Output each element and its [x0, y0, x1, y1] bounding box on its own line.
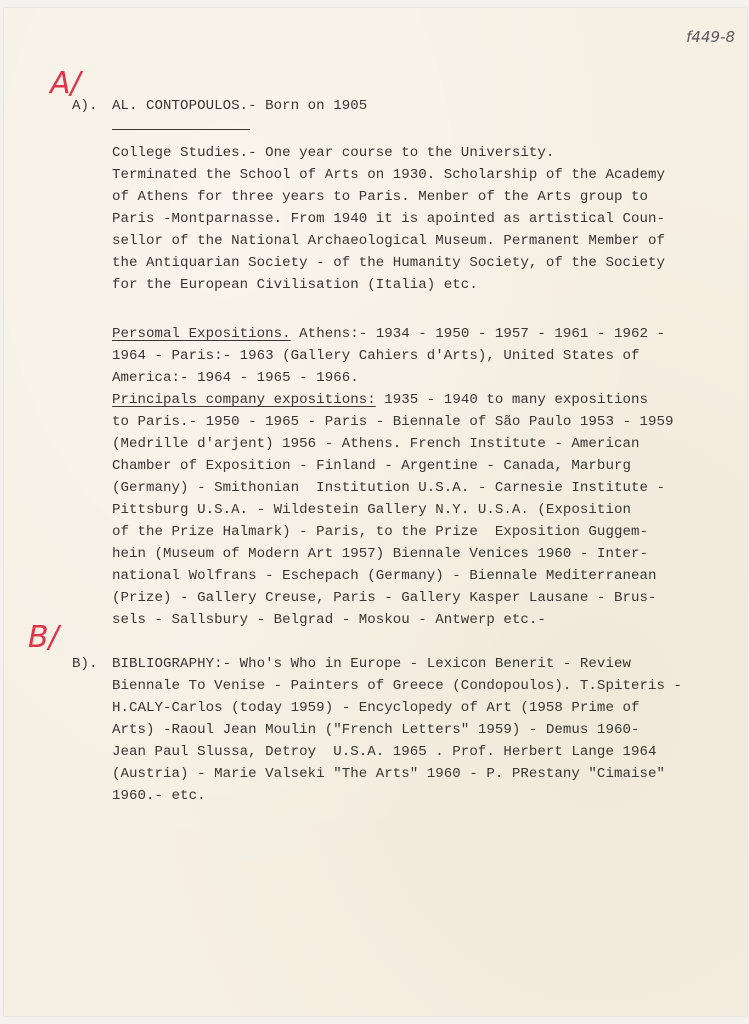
studies-paragraph: College Studies.- One year course to the… — [112, 145, 146, 289]
text-line: Principals company expositions: 1935 - 1… — [112, 392, 648, 408]
section-b-label: B). — [72, 656, 98, 672]
bibliography: BIBLIOGRAPHY:- Who's Who in Europe - Lex… — [112, 656, 146, 800]
text-line: of the Prize Halmark) - Paris, to the Pr… — [112, 524, 648, 540]
text-line: for the European Civilisation (Italia) e… — [112, 277, 478, 293]
document-page: f449-8 A/ B/ A). AL. CONTOPOULOS.- Born … — [4, 8, 747, 1016]
section-a-label: A). — [72, 98, 98, 114]
text-line: (Austria) - Marie Valseki "The Arts" 196… — [112, 766, 665, 782]
text-line: Terminated the School of Arts on 1930. S… — [112, 167, 665, 183]
text-line: College Studies.- One year course to the… — [112, 145, 554, 161]
text-line: America:- 1964 - 1965 - 1966. — [112, 370, 359, 386]
text-line: 1964 - Paris:- 1963 (Gallery Cahiers d'A… — [112, 348, 639, 364]
text-line: hein (Museum of Modern Art 1957) Biennal… — [112, 546, 648, 562]
text-line: Jean Paul Slussa, Detroy U.S.A. 1965 . P… — [112, 744, 657, 760]
archive-mark: f449-8 — [686, 28, 735, 46]
text-line: the Antiquarian Society - of the Humanit… — [112, 255, 665, 271]
text-fragment: 1935 - 1940 to many expositions — [376, 392, 648, 408]
text-line: Chamber of Exposition - Finland - Argent… — [112, 458, 631, 474]
text-line: Paris -Montparnasse. From 1940 it is apo… — [112, 211, 665, 227]
margin-mark-b: B/ — [28, 620, 59, 655]
company-expositions: Principals company expositions: 1935 - 1… — [112, 392, 146, 600]
text-line: Biennale To Venise - Painters of Greece … — [112, 678, 682, 694]
text-line: (Medrille d'arjent) 1956 - Athens. Frenc… — [112, 436, 639, 452]
text-line: Arts) -Raoul Jean Moulin ("French Letter… — [112, 722, 639, 738]
text-line: of Athens for three years to Paris. Menb… — [112, 189, 648, 205]
section-a-heading: AL. CONTOPOULOS.- Born on 1905 — [112, 98, 367, 114]
heading-underline — [112, 129, 250, 130]
text-line: (Prize) - Gallery Creuse, Paris - Galler… — [112, 590, 657, 606]
text-line: to Paris.- 1950 - 1965 - Paris - Biennal… — [112, 414, 674, 430]
text-line: Persomal Expositions. Athens:- 1934 - 19… — [112, 326, 665, 342]
text-line: H.CALY-Carlos (today 1959) - Encyclopedy… — [112, 700, 639, 716]
text-line: national Wolfrans - Eschepach (Germany) … — [112, 568, 657, 584]
text-line: sellor of the National Archaeological Mu… — [112, 233, 665, 249]
text-fragment: Athens:- 1934 - 1950 - 1957 - 1961 - 196… — [291, 326, 665, 342]
personal-expositions-title: Persomal Expositions. — [112, 326, 291, 342]
text-line: sels - Sallsbury - Belgrad - Moskou - An… — [112, 612, 546, 628]
margin-mark-a: A/ — [50, 66, 81, 101]
company-expositions-title: Principals company expositions: — [112, 392, 376, 408]
text-line: 1960.- etc. — [112, 788, 206, 804]
text-line: (Germany) - Smithonian Institution U.S.A… — [112, 480, 665, 496]
text-line: Pittsburg U.S.A. - Wildestein Gallery N.… — [112, 502, 631, 518]
text-line: BIBLIOGRAPHY:- Who's Who in Europe - Lex… — [112, 656, 631, 672]
